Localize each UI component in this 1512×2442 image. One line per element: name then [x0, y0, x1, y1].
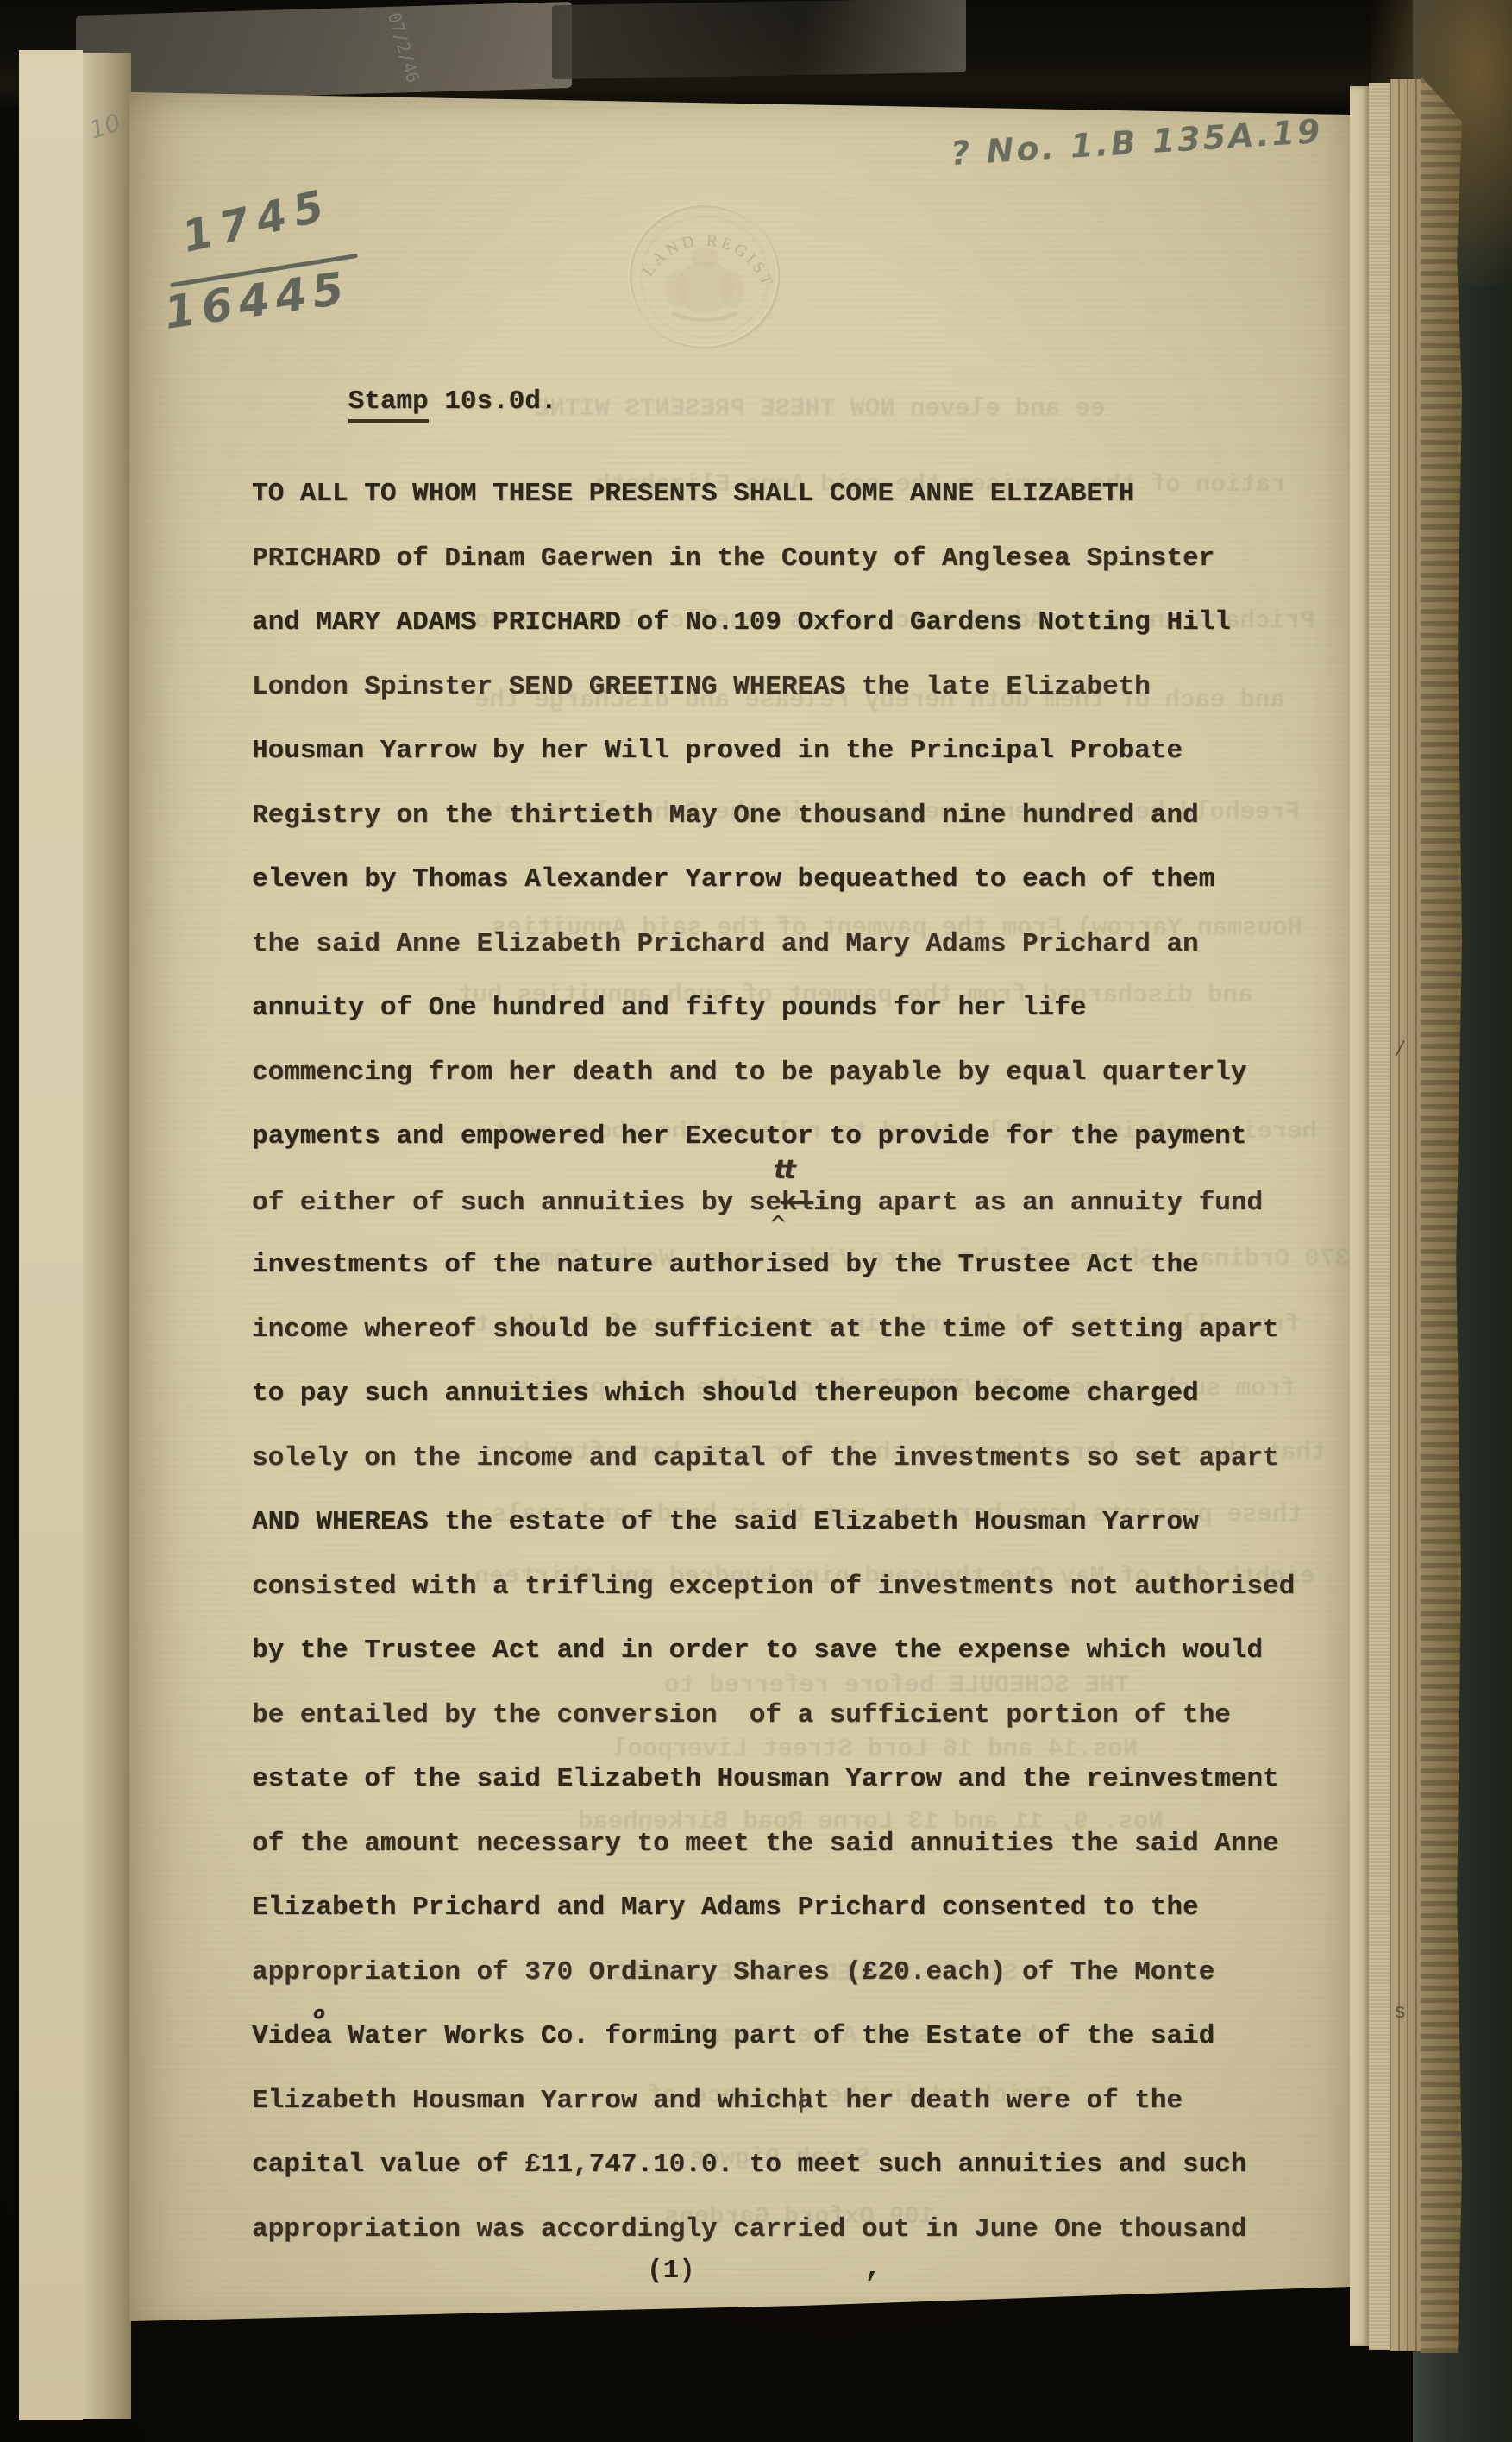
typed-line: of the amount necessary to meet the said… — [252, 1812, 1295, 1877]
typed-line: PRICHARD of Dinam Gaerwen in the County … — [252, 527, 1295, 592]
handwritten-reference-number: ? No. 1.B 135A.19 — [950, 112, 1324, 173]
typed-line: by the Trustee Act and in order to save … — [252, 1619, 1295, 1684]
typed-line: and MARY ADAMS PRICHARD of No.109 Oxford… — [252, 591, 1295, 656]
typed-line: income whereof should be sufficient at t… — [252, 1298, 1295, 1363]
facing-page-edge — [19, 50, 83, 2420]
typed-line: eleven by Thomas Alexander Yarrow bequea… — [252, 848, 1295, 913]
paper-fragment — [552, 0, 966, 79]
page-edges — [1350, 86, 1369, 2346]
typed-line: capital value of £11,747.10.0. to meet s… — [252, 2133, 1295, 2198]
typed-line: London Spinster SEND GREETING WHEREAS th… — [252, 656, 1295, 720]
stamp-word: Stamp — [348, 386, 429, 423]
stamp-duty-line: Stamp 10s.0d. — [252, 356, 556, 447]
typed-line: Videao Water Works Co. forming part of t… — [252, 2005, 1295, 2069]
handwritten-folio-lower: 16445 — [161, 262, 353, 339]
paper-fragment: 07/2/46 — [76, 2, 572, 102]
book-scan: 07/2/46 ee and eleven NOW THESE PRESENTS… — [0, 0, 1512, 2442]
typed-line: TO ALL TO WHOM THESE PRESENTS SHALL COME… — [252, 462, 1295, 527]
gutter-shadow — [83, 53, 131, 2419]
typed-line: consisted with a trifling exception of i… — [252, 1555, 1295, 1620]
stamp-amount: 10s.0d. — [429, 386, 557, 417]
document-page: ee and eleven NOW THESE PRESENTS WITNEra… — [129, 82, 1350, 2325]
edge-mark: s — [1394, 2001, 1406, 2025]
typed-line: appropriation of 370 Ordinary Shares (£2… — [252, 1941, 1295, 2006]
typed-line: the said Anne Elizabeth Prichard and Mar… — [252, 913, 1295, 977]
typed-line: AND WHEREAS the estate of the said Eliza… — [252, 1491, 1295, 1555]
typed-line: Elizabeth Prichard and Mary Adams Pricha… — [252, 1876, 1295, 1941]
page-edges — [1369, 83, 1390, 2350]
typed-text: of either of such annuities by se — [252, 1188, 781, 1218]
typed-line: to pay such annuities which should there… — [252, 1362, 1295, 1427]
typed-line: appropriation was accordingly carried ou… — [252, 2198, 1295, 2263]
typed-line: Registry on the thirtieth May One thousa… — [252, 784, 1295, 849]
typed-text: at her death were of the — [798, 2086, 1183, 2116]
seal-graphic: LAND REGISTRY — [627, 203, 782, 351]
typed-line: investments of the nature authorised by … — [252, 1234, 1295, 1298]
typed-line: of either of such annuities by sekltt^in… — [252, 1170, 1295, 1234]
land-registry-embossed-seal: LAND REGISTRY — [627, 203, 782, 351]
fragment-note: 07/2/46 — [384, 9, 423, 85]
typed-body: TO ALL TO WHOM THESE PRESENTS SHALL COME… — [252, 462, 1295, 2262]
typed-line: Elizabeth Housman Yarrow and which|at he… — [252, 2069, 1295, 2134]
handwritten-folio-upper: 1745 — [178, 179, 336, 262]
typed-text: Elizabeth Housman Yarrow and which — [252, 2086, 798, 2116]
typed-line: annuity of One hundred and fifty pounds … — [252, 976, 1295, 1041]
page-number: (1) — [647, 2256, 695, 2286]
typed-text: Vide — [252, 2021, 316, 2051]
page-edges — [1421, 76, 1462, 2353]
typed-line: estate of the said Elizabeth Housman Yar… — [252, 1748, 1295, 1812]
typed-line: solely on the income and capital of the … — [252, 1427, 1295, 1491]
typed-text: ing apart as an annuity fund — [813, 1188, 1263, 1218]
stray-comma-mark: , — [864, 2252, 881, 2285]
typed-text: a — [316, 2021, 332, 2051]
typed-text: Water Works Co. forming part of the Esta… — [332, 2021, 1214, 2051]
bleedthrough-text: ee and eleven NOW THESE PRESENTS WITNE — [535, 394, 1105, 423]
typed-line: Housman Yarrow by her Will proved in the… — [252, 719, 1295, 784]
edge-mark: / — [1394, 1039, 1406, 1063]
typed-line: be entailed by the conversion of a suffi… — [252, 1684, 1295, 1748]
typed-line: commencing from her death and to be paya… — [252, 1041, 1295, 1106]
